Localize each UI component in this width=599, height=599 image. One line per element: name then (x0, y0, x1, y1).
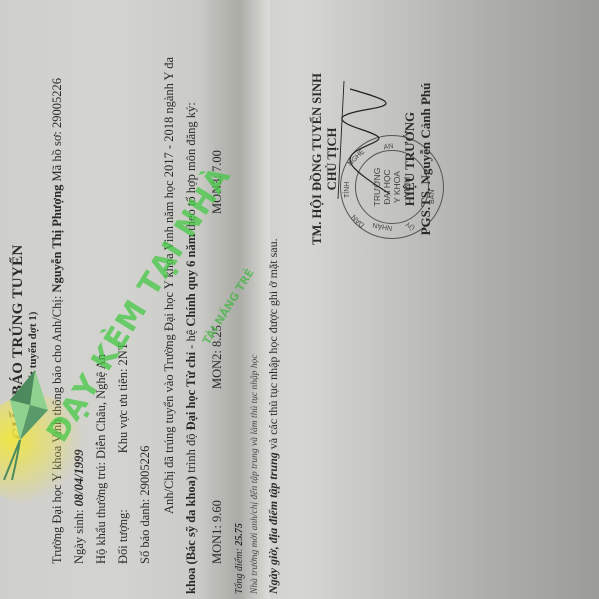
score-mon1: MON1: 9.60 (210, 389, 225, 564)
address-value: Diễn Châu, Nghệ An (94, 354, 108, 459)
admission-statement: Anh/Chị đã trúng tuyển vào Trường Đại họ… (162, 57, 177, 514)
document-title: GIẤY BÁO TRÚNG TUYỂN (10, 244, 27, 439)
chair-label: CHỦ TỊCH (325, 39, 340, 279)
rector-title: HIỆU TRƯỞNG (402, 39, 418, 279)
object-line: Đối tượng:Khu vực ưu tiên: 2NT (116, 343, 131, 564)
major-line: khoa (Bác sỹ đa khoa) trình độ Đại học T… (184, 102, 199, 594)
scores-row: MON1: 9.60MON2: 8.25MON3: 7.00 (210, 39, 225, 564)
signature-block: TM. HỘI ĐỒNG TUYỂN SINH CHỦ TỊCH HIỆU TR… (310, 39, 434, 279)
score-mon3: MON3: 7.00 (210, 39, 225, 214)
intro-line: Trường Đại học Y khoa Vinh thông báo cho… (50, 78, 65, 564)
dob-value: 08/04/1999 (72, 449, 86, 506)
student-name: Nguyễn Thị Phượng (50, 185, 64, 293)
rector-name: PGS.TS. Nguyễn Cảnh Phú (418, 39, 434, 279)
total-score: 25.75 (234, 523, 245, 546)
total-score-line: Tổng điểm: 25.75 (234, 523, 245, 594)
score-mon2: MON2: 8.25 (210, 214, 225, 389)
priority-area-value: 2NT (116, 343, 130, 366)
dob-line: Ngày sinh: 08/04/1999 (72, 449, 87, 564)
file-code: 29005226 (50, 78, 64, 128)
candidate-number-line: Số báo danh: 29005226 (138, 446, 153, 564)
council-label: TM. HỘI ĐỒNG TUYỂN SINH (310, 39, 325, 279)
admission-letter: GIẤY BÁO TRÚNG TUYỂN ( Xét tuyển đợt 1) … (0, 0, 599, 599)
candidate-number: 29005226 (138, 446, 152, 496)
notice-line: Nhà trường mời anh/chị đến tập trung và … (250, 354, 260, 594)
schedule-line: Ngày giờ, địa điểm tập trung và các thủ … (266, 238, 281, 594)
address-line: Hộ khẩu thường trú: Diễn Châu, Nghệ An (94, 354, 109, 564)
document-subtitle: ( Xét tuyển đợt 1) (27, 312, 39, 394)
